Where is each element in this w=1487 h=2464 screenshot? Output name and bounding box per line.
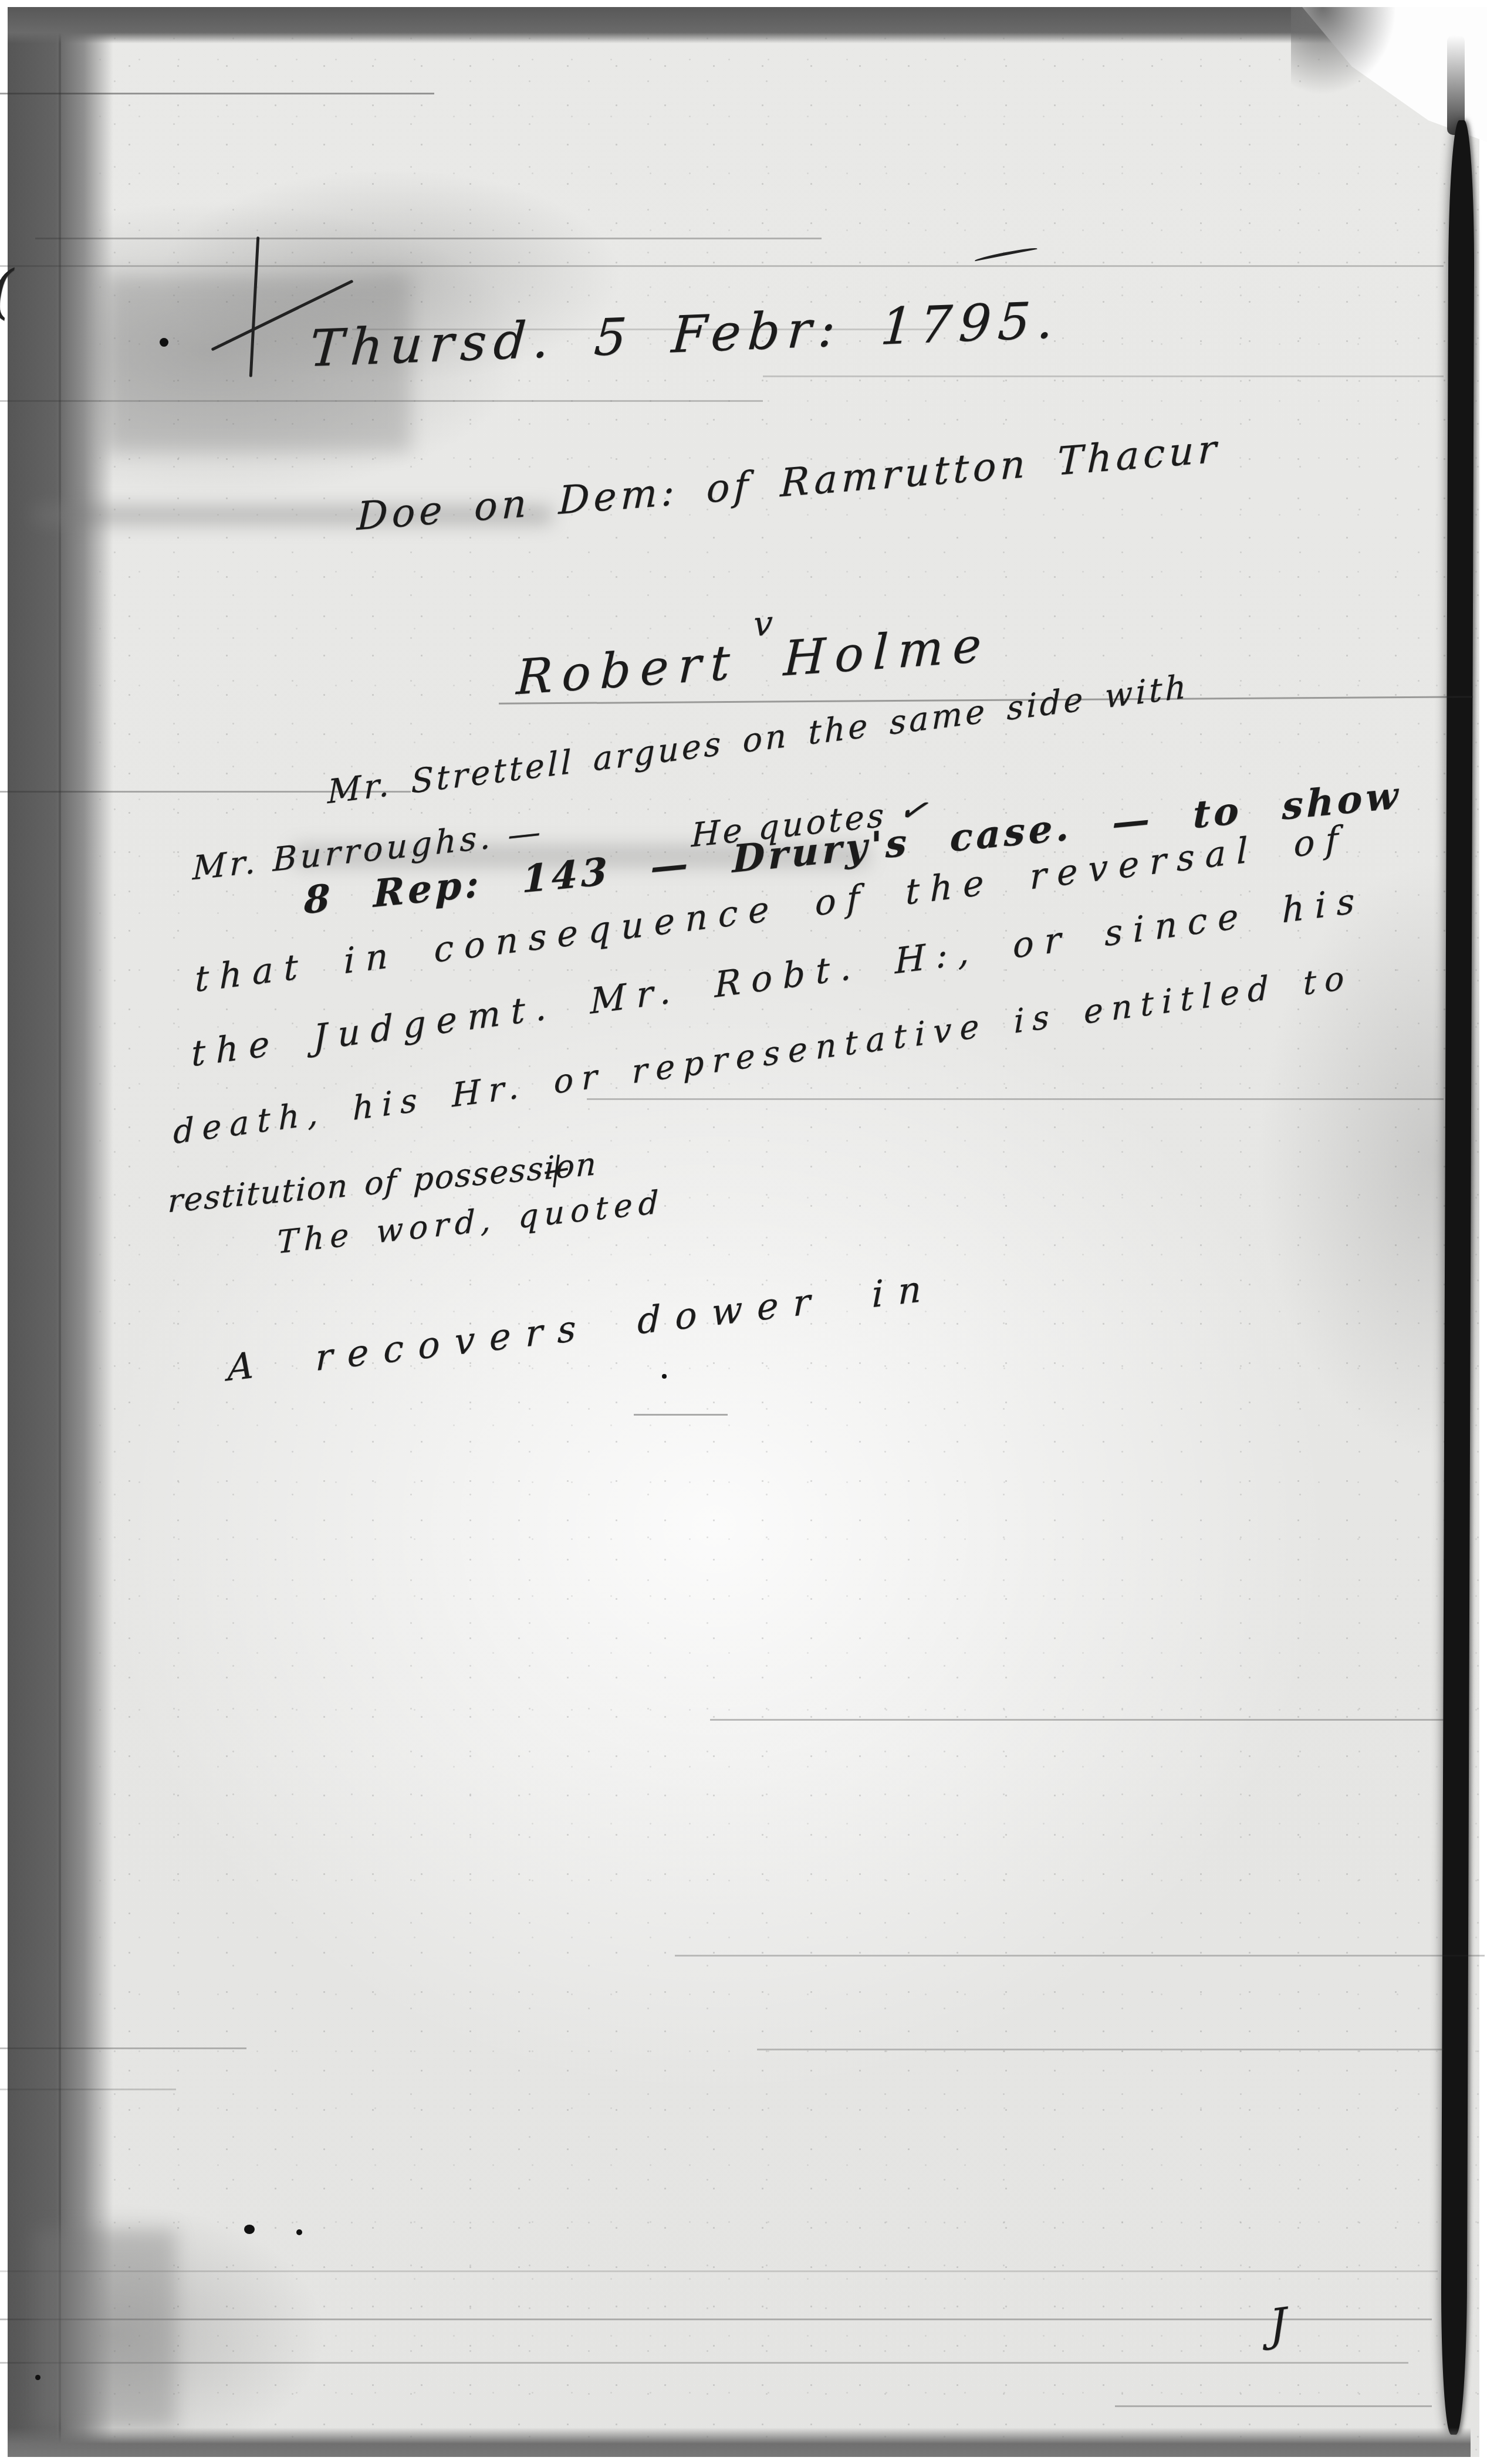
margin-paren-mark: ( bbox=[0, 257, 13, 326]
smudge bbox=[35, 2229, 176, 2429]
ruled-line bbox=[675, 1955, 1485, 1957]
manuscript-scan: ( Thursd. 5 Febr: 1795. Doe on Dem: of R… bbox=[0, 0, 1487, 2464]
ink-blot bbox=[662, 1374, 667, 1379]
ink-blot bbox=[35, 2375, 40, 2380]
page-marker: J bbox=[1268, 2299, 1287, 2352]
ruled-line bbox=[763, 375, 1444, 377]
ruled-line bbox=[587, 1098, 1444, 1100]
ruled-line bbox=[0, 2362, 1408, 2364]
top-right-shadow bbox=[1291, 7, 1397, 95]
ruled-line bbox=[0, 2319, 1432, 2320]
ink-blot bbox=[160, 338, 168, 347]
bottom-edge-shadow bbox=[8, 2428, 1471, 2457]
ruled-line bbox=[757, 2049, 1444, 2050]
ruled-line bbox=[1115, 2405, 1432, 2407]
ruled-line bbox=[0, 2270, 1438, 2272]
ruled-line bbox=[0, 2089, 176, 2090]
ruled-line bbox=[634, 1414, 728, 1416]
top-edge-shadow bbox=[8, 7, 1346, 43]
ruled-line bbox=[0, 93, 434, 94]
ruled-line bbox=[35, 238, 822, 239]
ruled-line bbox=[710, 1719, 1444, 1721]
ruled-line bbox=[0, 2047, 246, 2049]
ink-blot bbox=[296, 2229, 302, 2235]
ink-blot bbox=[244, 2225, 255, 2234]
